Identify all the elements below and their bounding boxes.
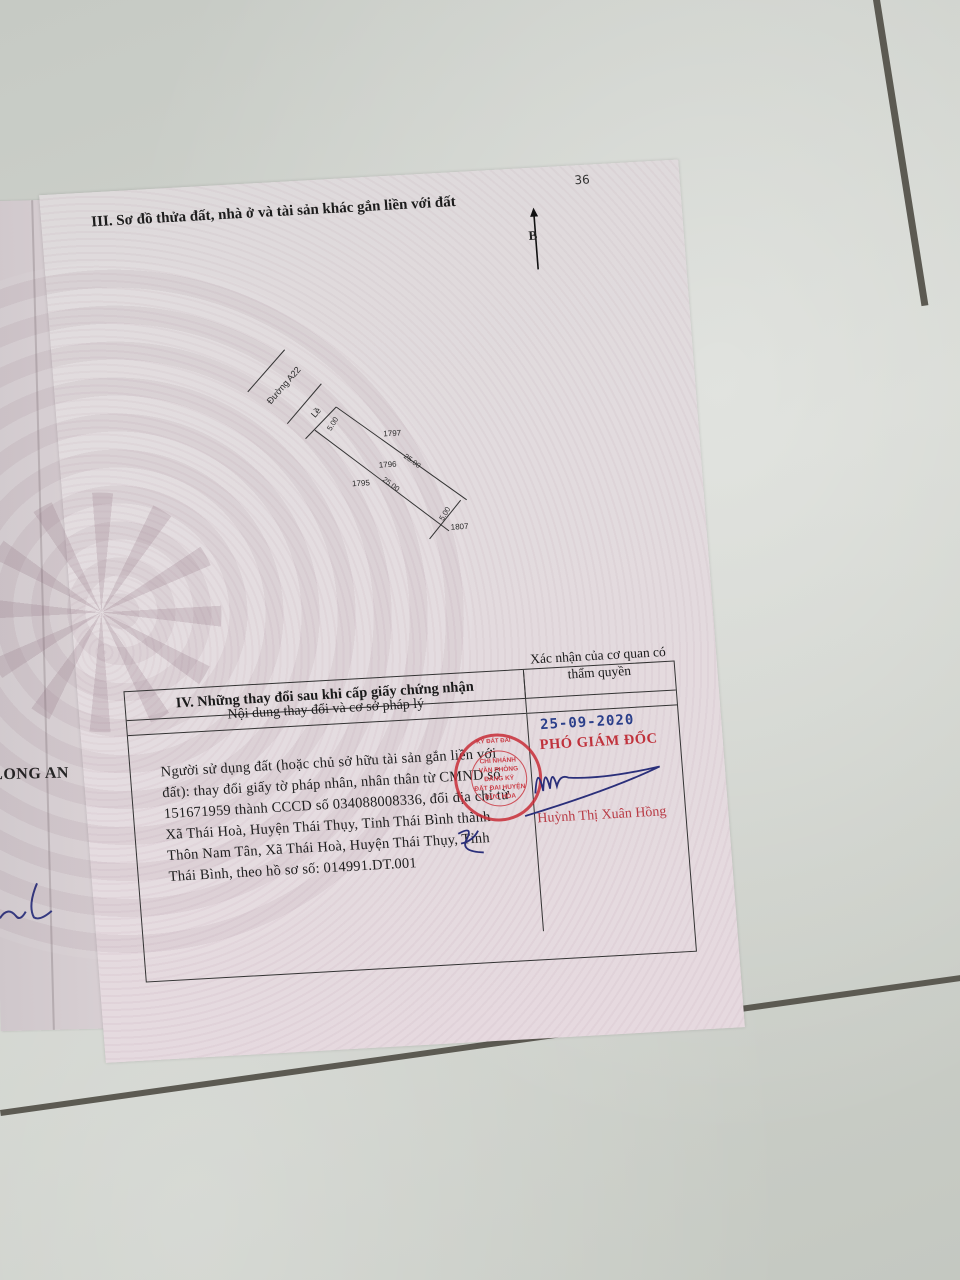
- neighbor-parcel-1795: 1795: [352, 478, 371, 488]
- neighbor-parcel-1797: 1797: [383, 428, 402, 438]
- neighbor-parcel-1807: 1807: [450, 522, 469, 532]
- table-row: Người sử dụng đất (hoặc chủ sở hữu tài s…: [128, 705, 694, 953]
- certificate-page: 36 III. Sơ đồ thửa đất, nhà ở và tài sản…: [39, 159, 745, 1062]
- date-stamp: 25-09-2020: [540, 712, 635, 733]
- north-label: B: [528, 227, 538, 243]
- side-bottom-dimension: 25.00: [381, 475, 402, 493]
- setback-label: Lề: [309, 405, 323, 419]
- column-header-confirmation: Xác nhận của cơ quan có thẩm quyền: [522, 641, 677, 713]
- section4-changes-table: IV. Những thay đổi sau khi cấp giấy chứn…: [123, 660, 697, 982]
- section3-title: III. Sơ đồ thửa đất, nhà ở và tài sản kh…: [91, 194, 457, 231]
- side-top-dimension: 25.00: [402, 452, 423, 470]
- front-dimension: 5.00: [325, 415, 340, 432]
- road-label: Đường A22: [265, 365, 303, 406]
- confirmation-cell: 25-09-2020 PHÓ GIÁM ĐỐC KÝ ĐẤT ĐAI CHI N…: [527, 705, 693, 931]
- handwritten-page-number: 36: [574, 172, 590, 187]
- parcel-number: 1796: [378, 460, 397, 470]
- handwritten-initial-icon: [452, 822, 495, 864]
- seal-ring-text: KÝ ĐẤT ĐAI: [476, 738, 511, 746]
- land-plot-diagram: Đường A22 Lề 5.00 1797 1796 25.00 1795 2…: [236, 332, 472, 554]
